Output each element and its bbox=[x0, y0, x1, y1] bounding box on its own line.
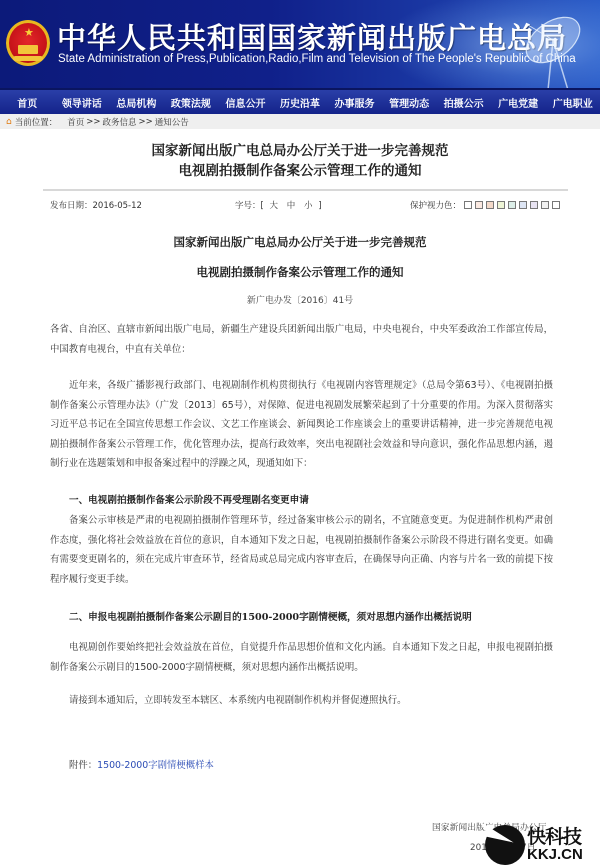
nav-item-management-news[interactable]: 管理动态 bbox=[382, 95, 437, 110]
color-swatch-5[interactable] bbox=[508, 201, 516, 209]
nav-item-services[interactable]: 办事服务 bbox=[327, 95, 382, 110]
section1-heading: 一、电视剧拍摄制作备案公示阶段不再受理剧名变更申请 bbox=[69, 492, 559, 506]
font-size-large-button[interactable]: 大 bbox=[270, 201, 279, 211]
breadcrumb-label: 当前位置： bbox=[15, 116, 58, 128]
recipients-paragraph: 各省、自治区、直辖市新闻出版广电局，新疆生产建设兵团新闻出版广电局，中央电视台，… bbox=[50, 320, 553, 359]
document-number: 新广电办发〔2016〕41号 bbox=[0, 293, 600, 306]
intro-paragraph: 近年来，各级广播影视行政部门、电视剧制作机构贯彻执行《电视剧内容管理规定》（总局… bbox=[50, 376, 553, 474]
attachment-label: 附件： bbox=[69, 760, 97, 771]
publish-date: 发布日期：2016-05-12 bbox=[50, 199, 142, 211]
color-swatch-4[interactable] bbox=[497, 201, 505, 209]
color-swatch-2[interactable] bbox=[475, 201, 483, 209]
article-title: 国家新闻出版广电总局办公厅关于进一步完善规范 电视剧拍摄制作备案公示管理工作的通… bbox=[0, 141, 600, 181]
breadcrumb-home[interactable]: 首页 bbox=[67, 116, 84, 128]
eye-protection-colors: 保护视力色： bbox=[410, 199, 560, 211]
color-swatch-1[interactable] bbox=[464, 201, 472, 209]
color-swatch-6[interactable] bbox=[519, 201, 527, 209]
section2-heading: 二、申报电视剧拍摄制作备案公示剧目的1500-2000字剧情梗概，须对思想内涵作… bbox=[69, 609, 559, 623]
tiananmen-gate-icon bbox=[18, 45, 38, 54]
color-swatch-8[interactable] bbox=[541, 201, 549, 209]
breadcrumb-gov-info[interactable]: 政务信息 bbox=[103, 116, 137, 128]
font-size-small-button[interactable]: 小 bbox=[304, 201, 313, 211]
eye-protection-label: 保护视力色： bbox=[410, 199, 461, 211]
watermark-cn: 快科技 bbox=[527, 822, 581, 849]
publish-date-value: 2016-05-12 bbox=[93, 201, 142, 211]
nav-item-agency[interactable]: 总局机构 bbox=[109, 95, 164, 110]
closing-paragraph: 请接到本通知后，立即转发至本辖区、本系统内电视剧制作机构并督促遵照执行。 bbox=[50, 691, 553, 711]
satellite-dish-icon bbox=[508, 10, 588, 88]
bracket-open: [ bbox=[261, 201, 264, 211]
nav-item-history[interactable]: 历史沿革 bbox=[273, 95, 328, 110]
main-nav: 首页 领导讲话 总局机构 政策法规 信息公开 历史沿革 办事服务 管理动态 拍摄… bbox=[0, 88, 600, 114]
section2-body: 电视剧创作要始终把社会效益放在首位，自觉提升作品思想价值和文化内涵。自本通知下发… bbox=[50, 638, 553, 677]
site-title-en: State Administration of Press,Publicatio… bbox=[58, 53, 576, 65]
nav-item-party-building[interactable]: 广电党建 bbox=[491, 95, 546, 110]
breadcrumb-separator: >> bbox=[86, 117, 100, 127]
emblem-ribbon bbox=[13, 56, 43, 61]
article-title-line2: 电视剧拍摄制作备案公示管理工作的通知 bbox=[0, 161, 600, 181]
article-title-line1: 国家新闻出版广电总局办公厅关于进一步完善规范 bbox=[0, 141, 600, 161]
watermark-en: KKJ.CN bbox=[527, 846, 583, 863]
attachment-link[interactable]: 1500-2000字剧情梗概样本 bbox=[97, 760, 214, 771]
title-divider bbox=[43, 189, 568, 191]
breadcrumb: ⌂ 当前位置： 首页 >> 政务信息 >> 通知公告 bbox=[0, 114, 600, 129]
nav-item-leader-speeches[interactable]: 领导讲话 bbox=[55, 95, 110, 110]
site-banner: ★ 中华人民共和国国家新闻出版广电总局 State Administration… bbox=[0, 0, 600, 88]
doc-title-line2: 电视剧拍摄制作备案公示管理工作的通知 bbox=[0, 264, 600, 280]
color-swatch-9[interactable] bbox=[552, 201, 560, 209]
nav-item-info-disclosure[interactable]: 信息公开 bbox=[218, 95, 273, 110]
site-title-cn: 中华人民共和国国家新闻出版广电总局 bbox=[57, 16, 567, 57]
star-icon: ★ bbox=[24, 27, 34, 38]
color-swatch-7[interactable] bbox=[530, 201, 538, 209]
nav-item-home[interactable]: 首页 bbox=[0, 95, 55, 110]
font-size-control: 字号：[ 大 中 小 ] bbox=[235, 199, 322, 211]
nav-item-careers[interactable]: 广电职业 bbox=[545, 95, 600, 110]
watermark: 快科技 KKJ.CN bbox=[485, 822, 600, 865]
doc-title-line1: 国家新闻出版广电总局办公厅关于进一步完善规范 bbox=[0, 234, 600, 250]
publish-date-label: 发布日期： bbox=[50, 201, 93, 211]
attachment: 附件：1500-2000字剧情梗概样本 bbox=[69, 757, 214, 771]
breadcrumb-notices[interactable]: 通知公告 bbox=[155, 116, 189, 128]
section1-body: 备案公示审核是严肃的电视剧拍摄制作管理环节，经过备案审核公示的剧名，不宜随意变更… bbox=[50, 511, 553, 589]
nav-item-filming-notice[interactable]: 拍摄公示 bbox=[436, 95, 491, 110]
font-size-label: 字号： bbox=[235, 201, 261, 211]
breadcrumb-separator: >> bbox=[139, 117, 153, 127]
national-emblem-icon: ★ bbox=[6, 20, 50, 66]
font-size-medium-button[interactable]: 中 bbox=[287, 201, 296, 211]
nav-item-policies[interactable]: 政策法规 bbox=[164, 95, 219, 110]
home-icon: ⌂ bbox=[6, 117, 12, 127]
bracket-close: ] bbox=[318, 201, 321, 211]
color-swatch-3[interactable] bbox=[486, 201, 494, 209]
